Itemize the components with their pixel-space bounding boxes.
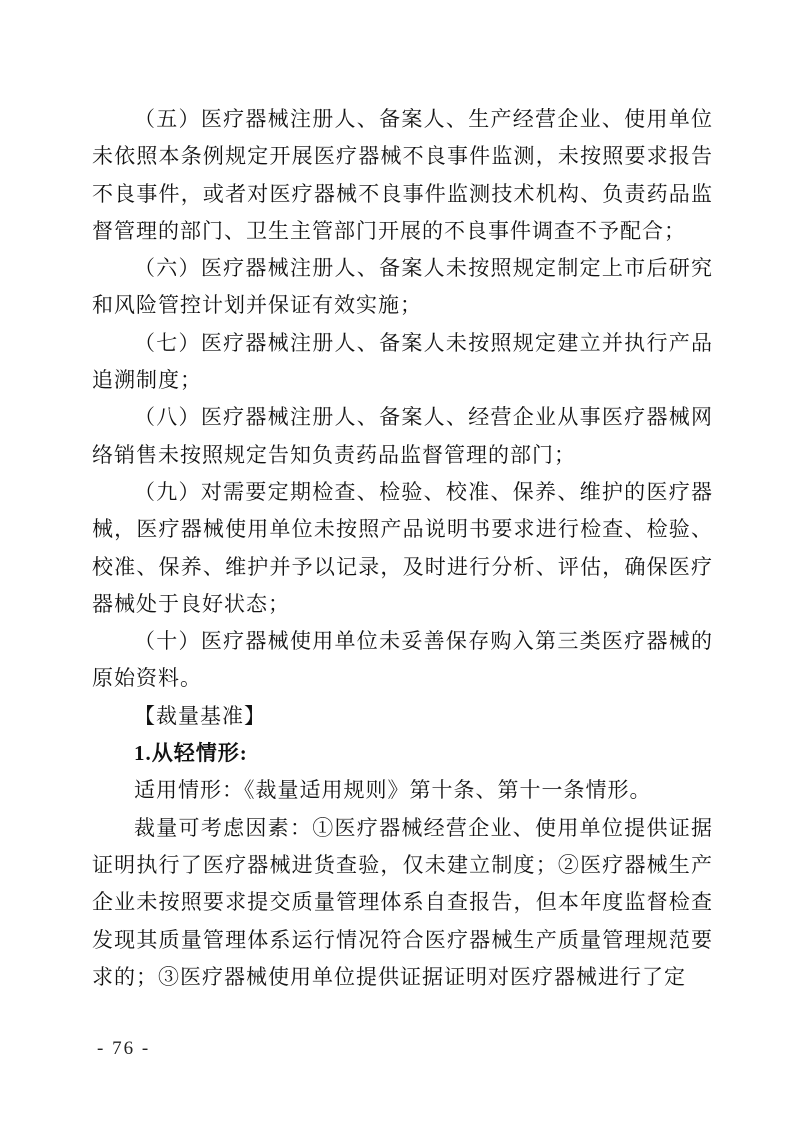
clause-10-paragraph: （十）医疗器械使用单位未妥善保存购入第三类医疗器械的原始资料。 xyxy=(92,623,713,698)
clause-6-paragraph: （六）医疗器械注册人、备案人未按照规定制定上市后研究和风险管控计划并保证有效实施… xyxy=(92,250,713,325)
lenient-circumstances-heading: 1.从轻情形: xyxy=(92,735,713,772)
clause-8-paragraph: （八）医疗器械注册人、备案人、经营企业从事医疗器械网络销售未按照规定告知负责药品… xyxy=(92,399,713,474)
document-page: （五）医疗器械注册人、备案人、生产经营企业、使用单位未依照本条例规定开展医疗器械… xyxy=(0,0,793,1122)
page-number: - 76 - xyxy=(97,1038,150,1060)
document-body: （五）医疗器械注册人、备案人、生产经营企业、使用单位未依照本条例规定开展医疗器械… xyxy=(92,101,713,996)
clause-5-paragraph: （五）医疗器械注册人、备案人、生产经营企业、使用单位未依照本条例规定开展医疗器械… xyxy=(92,101,713,250)
applicable-situations-paragraph: 适用情形：《裁量适用规则》第十条、第十一条情形。 xyxy=(92,772,713,809)
clause-9-paragraph: （九）对需要定期检查、检验、校准、保养、维护的医疗器械，医疗器械使用单位未按照产… xyxy=(92,474,713,623)
clause-7-paragraph: （七）医疗器械注册人、备案人未按照规定建立并执行产品追溯制度； xyxy=(92,325,713,400)
discretion-basis-heading: 【裁量基准】 xyxy=(92,698,713,735)
discretion-factors-paragraph: 裁量可考虑因素：①医疗器械经营企业、使用单位提供证据证明执行了医疗器械进货查验，… xyxy=(92,810,713,996)
